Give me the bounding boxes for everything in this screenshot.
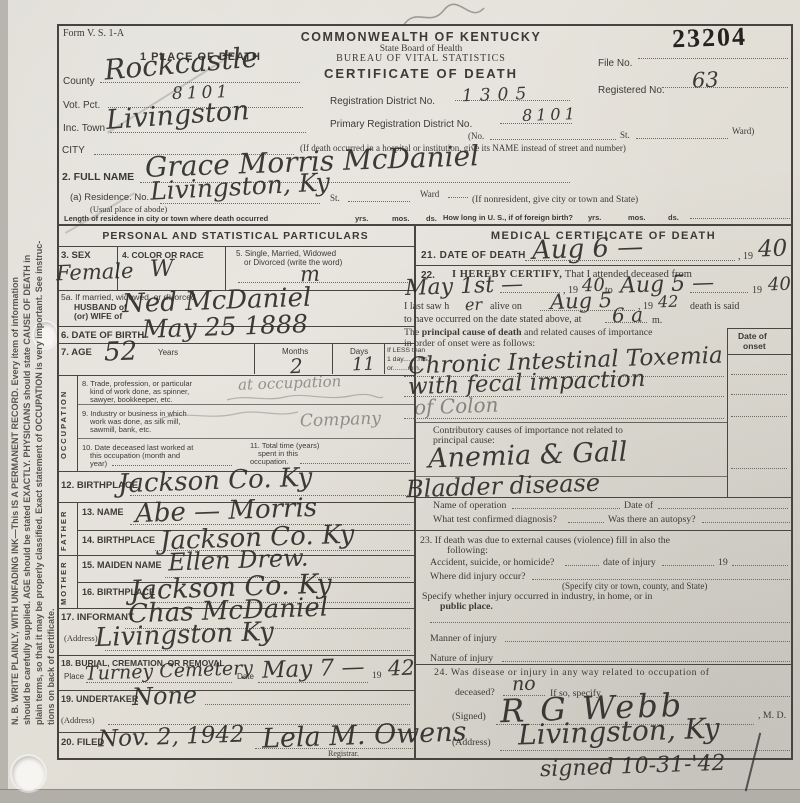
lastsaw-hw: er (465, 297, 483, 314)
item10-line3: year) (90, 460, 107, 468)
residence-label: (a) Residence. No. (70, 193, 149, 203)
full-name-label: 2. FULL NAME (62, 172, 134, 183)
item11-line (300, 463, 410, 464)
rule (77, 404, 414, 405)
physician-address: Livingston, Ky (518, 714, 720, 749)
lastsaw-year-value: 42 (658, 294, 679, 311)
file-no-stamp: 23204 (672, 23, 748, 53)
margin-line: N. B. WRITE PLAINLY, WITH UNFADING INK—T… (9, 115, 21, 725)
mother-side-label: MOTHER (59, 557, 68, 609)
item5a-wife: (or) WIFE of (74, 312, 122, 321)
father-bracket (77, 502, 78, 556)
margin-line: should be carefully supplied. AGE should… (21, 115, 33, 725)
commonwealth-title: COMMONWEALTH OF KENTUCKY (280, 31, 562, 44)
birthplace-value: Jackson Co. Ky (118, 465, 313, 498)
contributory-hw1: Anemia & Gall (428, 439, 628, 473)
rule (57, 690, 414, 691)
county-label: County (63, 77, 95, 88)
undertaker-line (205, 704, 410, 705)
margin-line: plain terms, so that it may be properly … (33, 115, 45, 725)
item8-hw-value: at occupation (238, 374, 342, 393)
filed-date-value: Nov. 2, 1942 (98, 723, 245, 751)
st-label: St. (620, 131, 630, 140)
address-line (500, 750, 790, 751)
punch-hole-bottom (12, 756, 45, 791)
specify-text2: public place. (440, 602, 493, 612)
registrar-signature: Lela M. Owens (262, 718, 467, 752)
where-line (532, 579, 790, 580)
pencil-squiggle (225, 392, 385, 404)
where-label: Where did injury occur? (430, 572, 525, 582)
ward-label: Ward) (732, 127, 754, 136)
no-line (490, 139, 616, 140)
operation-date-label: Date of (624, 501, 653, 511)
personal-section-title: PERSONAL AND STATISTICAL PARTICULARS (57, 231, 414, 242)
rule (414, 530, 793, 531)
informant-addr-label: (Address) (64, 634, 98, 643)
years-label: Years (158, 349, 178, 357)
howlong-label: How long in U. S., if of foreign birth? (443, 214, 573, 222)
onset-label2: onset (743, 342, 766, 351)
margin-line: tions on back of certificate. (45, 115, 57, 725)
operation-date-line (658, 508, 788, 509)
abode-note: (Usual place of abode) (90, 205, 167, 214)
onset-box-bottom (727, 354, 791, 355)
residence-st-label: St. (330, 194, 340, 203)
nature-line (502, 661, 790, 662)
rule (77, 438, 414, 439)
father-side-label: FATHER (59, 504, 68, 556)
test-label: What test confirmed diagnosis? (433, 515, 557, 525)
signed-date-value: signed 10-31-'42 (540, 753, 726, 781)
onset-line (731, 468, 787, 469)
attended-to-line (690, 292, 748, 293)
undertaker-value: None (132, 683, 198, 709)
burial-date-line (258, 682, 368, 683)
paper-bottom-edge (0, 789, 800, 803)
manner-label: Manner of injury (430, 634, 497, 644)
principal-1c: and related causes of importance (522, 327, 653, 338)
to-year-value: 40 (768, 276, 792, 295)
vot-pct-label: Vot. Pct. (63, 101, 100, 112)
rule (57, 246, 414, 247)
marital-label2: or Divorced (write the word) (244, 259, 342, 267)
primary-district-value: 8101 (522, 106, 579, 124)
residence-ward-label: Ward (420, 190, 439, 199)
test-line (568, 522, 604, 523)
burial-date-label: Date (237, 673, 254, 681)
manner-line (505, 641, 790, 642)
cell-divider (332, 343, 333, 374)
accident-label: Accident, suicide, or homicide? (430, 558, 554, 568)
city-label: CITY (62, 146, 85, 157)
item9-line3: sawmill, bank, etc. (90, 426, 151, 434)
injury-19-line (732, 565, 788, 566)
color-value: W (150, 258, 174, 282)
principal-1a: The (404, 327, 422, 338)
dod-year-pre: , 19 (738, 252, 753, 263)
form-number: Form V. S. 1-A (63, 29, 124, 40)
rule (57, 375, 414, 376)
file-no-label: File No. (598, 59, 632, 70)
cell-divider (225, 246, 226, 290)
dod-year-value: 40 (758, 237, 788, 261)
rule (414, 265, 793, 266)
occupation-bracket (77, 375, 78, 471)
item9-hw-value: Company (300, 411, 381, 431)
registered-no-value: 63 (692, 70, 719, 92)
date-of-death-line (525, 260, 735, 261)
dob-value: May 25 1888 (142, 311, 309, 342)
scanned-death-certificate: N. B. WRITE PLAINLY, WITH UNFADING INK—T… (0, 0, 800, 803)
md-label: , M. D. (758, 711, 786, 721)
operation-line (512, 508, 620, 509)
item8-line3: sawyer, bookkeeper, etc. (90, 396, 173, 404)
howlong-yrs: yrs. (588, 214, 601, 222)
marital-line (238, 282, 410, 283)
principal-cause-text2: in order of onset were as follows: (404, 339, 535, 349)
principal-cause-text1: The principal cause of death and related… (404, 328, 652, 338)
inc-town-label: Inc. Town (63, 124, 105, 135)
occupation-side-label: OCCUPATION (59, 378, 68, 470)
margin-instructions: N. B. WRITE PLAINLY, WITH UNFADING INK—T… (9, 115, 57, 725)
howlong-mos: mos. (628, 214, 646, 222)
length-yrs: yrs. (355, 215, 368, 223)
father-name-label: 13. NAME (82, 508, 124, 517)
file-no-line (638, 58, 788, 59)
nonresident-note: (If nonresident, give city or town and S… (472, 196, 638, 206)
pencil-squiggle (160, 408, 300, 422)
occurred-time-line (605, 322, 647, 323)
undertaker-label: 19. UNDERTAKER (61, 695, 138, 704)
registered-no-line (662, 87, 788, 88)
mother-name-label: 15. MAIDEN NAME (82, 561, 162, 570)
length-ds: ds. (426, 215, 437, 223)
autopsy-label: Was there an autopsy? (608, 515, 696, 525)
st-line (636, 138, 728, 139)
burial-year-pre: 19 (372, 672, 382, 682)
sex-value: Female (56, 261, 134, 285)
undertaker-addr-label: (Address) (61, 716, 95, 725)
item24-text1: 24. Was disease or injury in any way rel… (434, 668, 710, 678)
deceased-label: deceased? (455, 688, 495, 698)
registered-no-label: Registered No. (598, 86, 665, 97)
cell-divider (384, 343, 385, 374)
reg-district-label: Registration District No. (330, 97, 435, 108)
burial-place-label: Place (64, 673, 84, 681)
nature-label: Nature of injury (430, 654, 493, 664)
to-year-pre: 19 (752, 286, 762, 297)
howlong-ds: ds. (668, 214, 679, 222)
howlong-line (690, 218, 790, 219)
residence-st-line (348, 201, 410, 202)
length-residence-label: Length of residence in city or town wher… (64, 215, 268, 223)
bureau-subtitle: BUREAU OF VITAL STATISTICS (280, 54, 562, 65)
paper-left-edge (0, 0, 8, 803)
rule (414, 422, 727, 423)
onset-label1: Date of (738, 332, 767, 341)
occurred-text: to have occurred on the date stated abov… (404, 315, 581, 326)
operation-label: Name of operation (433, 501, 506, 511)
onset-box-top (727, 328, 791, 329)
burial-year-value: 42 (388, 658, 415, 680)
father-bp-label: 14. BIRTHPLACE (82, 536, 155, 545)
specify-line (430, 622, 790, 623)
accident-line (565, 565, 599, 566)
onset-line (731, 374, 787, 375)
injury-19: 19 (718, 558, 728, 568)
reg-district-value: 1305 (462, 86, 534, 105)
cause-line3: of Colon (414, 395, 499, 418)
residence-ward-line (448, 197, 468, 198)
age-label: 7. AGE (61, 348, 92, 358)
length-mos: mos. (392, 215, 410, 223)
onset-line (731, 416, 787, 417)
m-label: m. (652, 316, 662, 327)
principal-1b: principal cause of death (422, 327, 522, 338)
death-said-text: death is said (690, 302, 739, 313)
injury-date-label: date of injury (603, 558, 656, 568)
cause-line3-rule (404, 418, 724, 419)
burial-date-value: May 7 — (262, 656, 365, 683)
lastsaw-text1: I last saw h (404, 302, 449, 313)
injury-date-line (662, 565, 714, 566)
cell-divider (254, 343, 255, 374)
age-years-value: 52 (104, 338, 138, 365)
rule (414, 664, 793, 665)
lastsaw-text2: alive on (490, 302, 522, 313)
autopsy-line (702, 522, 790, 523)
informant-addr-value: Livingston Ky (95, 619, 275, 651)
age-days-value: 11 (352, 356, 376, 375)
informant-addr-line (105, 650, 410, 651)
columns-top-rule (57, 224, 793, 226)
certificate-title: CERTIFICATE OF DEATH (280, 67, 562, 81)
item23-text2: following: (447, 546, 488, 556)
rule (414, 497, 793, 498)
primary-district-label: Primary Registration District No. (330, 120, 472, 131)
date-of-death-label: 21. DATE OF DEATH (421, 251, 526, 262)
onset-line (731, 394, 787, 395)
